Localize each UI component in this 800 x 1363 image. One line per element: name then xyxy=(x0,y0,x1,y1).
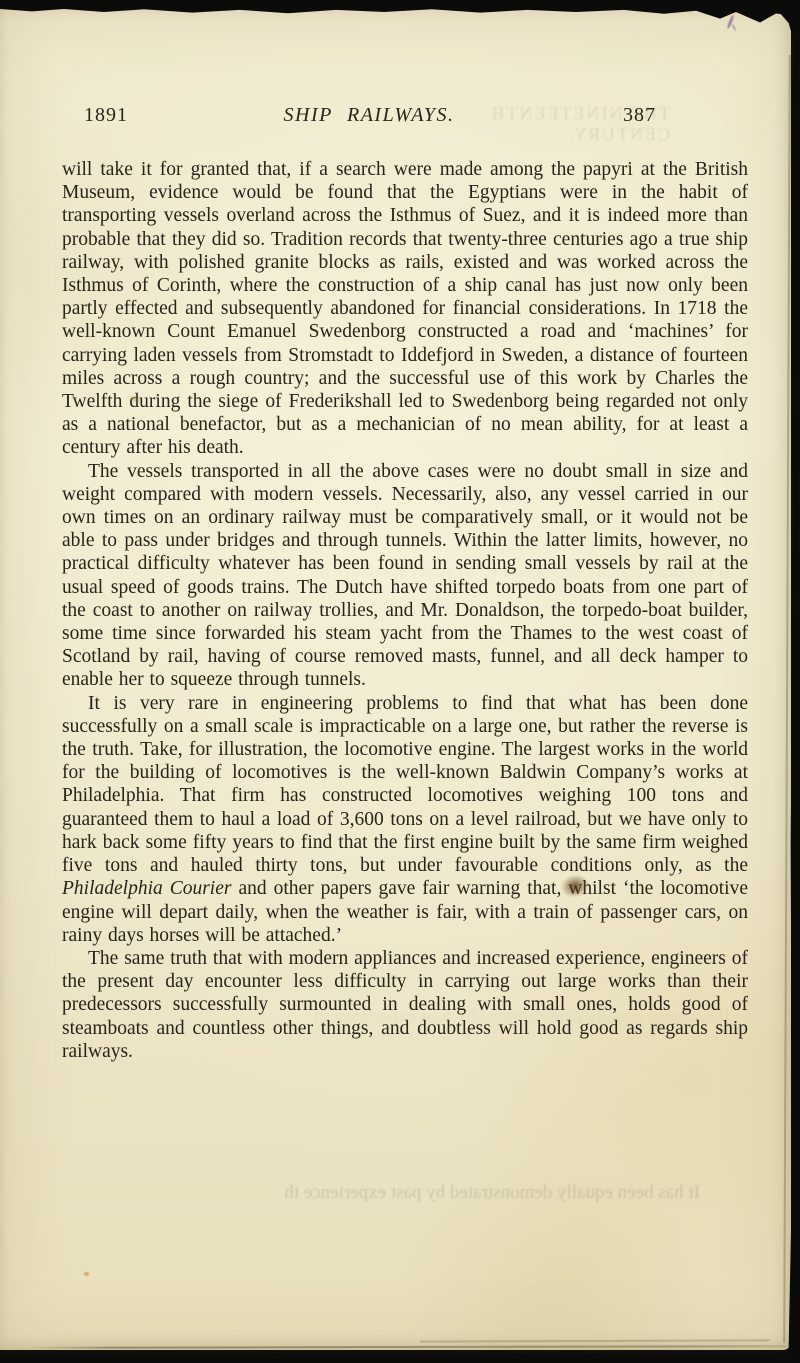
paragraph-3-italic-title: Philadelphia Courier xyxy=(62,878,231,899)
paragraph-4: The same truth that with modern applianc… xyxy=(62,947,748,1063)
paragraph-3: It is very rare in engineering problems … xyxy=(62,692,748,947)
foxing-spot xyxy=(697,727,701,730)
foxing-spot xyxy=(427,259,431,262)
running-head-title: SHIP RAILWAYS. xyxy=(26,104,712,127)
foxing-spot xyxy=(84,1272,89,1276)
smudge-stain xyxy=(130,396,140,402)
paragraph-2: The vessels transported in all the above… xyxy=(62,460,748,692)
paragraph-3-text: It is very rare in engineering problems … xyxy=(62,693,748,876)
article-text: will take it for granted that, if a sear… xyxy=(62,158,748,1063)
paragraph-1: will take it for granted that, if a sear… xyxy=(62,158,748,460)
page-number: 387 xyxy=(623,104,656,127)
running-head: 1891 SHIP RAILWAYS. 387 xyxy=(62,104,748,130)
scanned-book-page: THE NINETEENTH CENTURY. It has been equa… xyxy=(0,0,800,1363)
page-content: 1891 SHIP RAILWAYS. 387 will take it for… xyxy=(62,104,748,1063)
